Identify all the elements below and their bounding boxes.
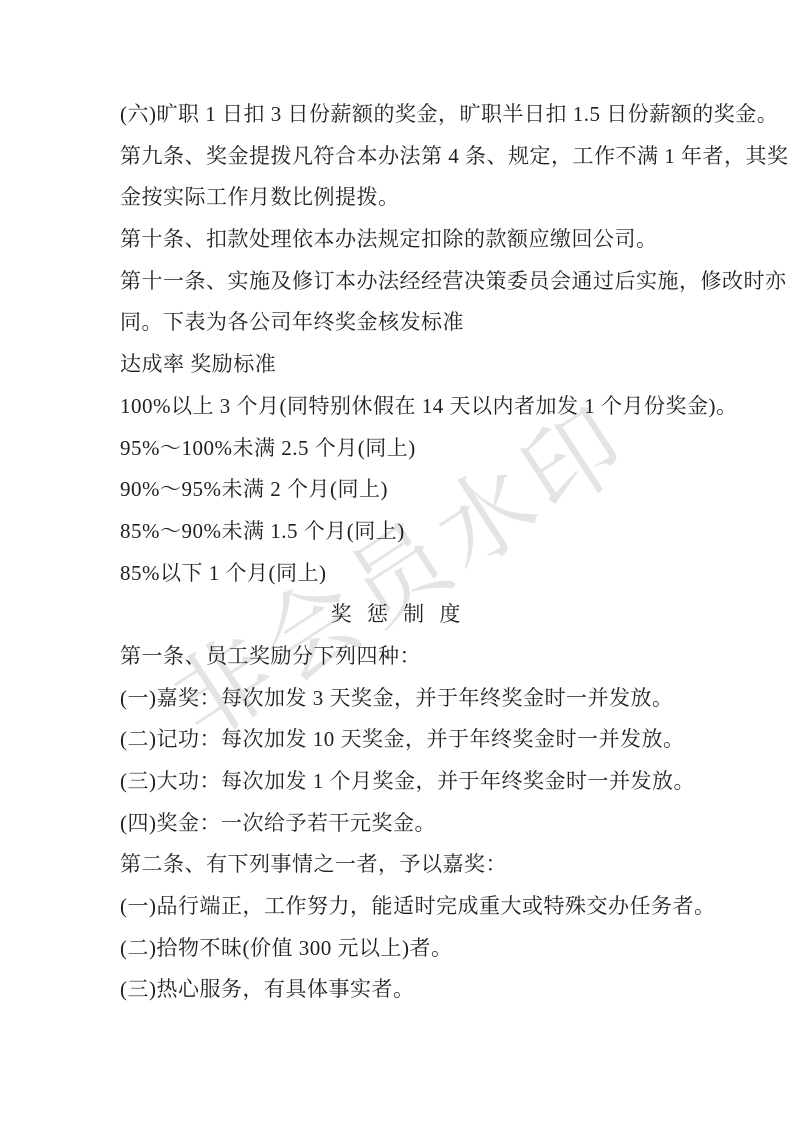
text-line: (二)记功：每次加发 10 天奖金，并于年终奖金时一并发放。	[120, 719, 676, 761]
text-line: 金按实际工作月数比例提拨。	[120, 177, 676, 219]
table-row-line: 95%～100%未满 2.5 个月(同上)	[120, 428, 676, 470]
document-body: (六)旷职 1 日扣 3 日份薪额的奖金，旷职半日扣 1.5 日份薪额的奖金。 …	[120, 94, 676, 1011]
text-line: (六)旷职 1 日扣 3 日份薪额的奖金，旷职半日扣 1.5 日份薪额的奖金。	[120, 94, 676, 136]
table-header-line: 达成率 奖励标准	[120, 344, 676, 386]
text-line: (四)奖金：一次给予若干元奖金。	[120, 803, 676, 845]
table-row-line: 85%以下 1 个月(同上)	[120, 553, 676, 595]
text-line: 第十条、扣款处理依本办法规定扣除的款额应缴回公司。	[120, 219, 676, 261]
text-line: 同。下表为各公司年终奖金核发标准	[120, 302, 676, 344]
table-row-line: 90%～95%未满 2 个月(同上)	[120, 469, 676, 511]
text-line: (一)嘉奖：每次加发 3 天奖金，并于年终奖金时一并发放。	[120, 678, 676, 720]
text-line: (一)品行端正，工作努力，能适时完成重大或特殊交办任务者。	[120, 886, 676, 928]
section-heading: 奖 惩 制 度	[120, 594, 676, 636]
text-line: 第十一条、实施及修订本办法经经营决策委员会通过后实施，修改时亦	[120, 261, 676, 303]
table-row-line: 85%～90%未满 1.5 个月(同上)	[120, 511, 676, 553]
table-row-line: 100%以上 3 个月(同特别休假在 14 天以内者加发 1 个月份奖金)。	[120, 386, 676, 428]
text-line: (二)拾物不昧(价值 300 元以上)者。	[120, 928, 676, 970]
text-line: 第一条、员工奖励分下列四种：	[120, 636, 676, 678]
text-line: (三)大功：每次加发 1 个月奖金，并于年终奖金时一并发放。	[120, 761, 676, 803]
text-line: (三)热心服务，有具体事实者。	[120, 969, 676, 1011]
document-page: 非会员水印 (六)旷职 1 日扣 3 日份薪额的奖金，旷职半日扣 1.5 日份薪…	[0, 0, 793, 1122]
text-line: 第九条、奖金提拨凡符合本办法第 4 条、规定，工作不满 1 年者，其奖	[120, 136, 676, 178]
text-line: 第二条、有下列事情之一者，予以嘉奖：	[120, 844, 676, 886]
